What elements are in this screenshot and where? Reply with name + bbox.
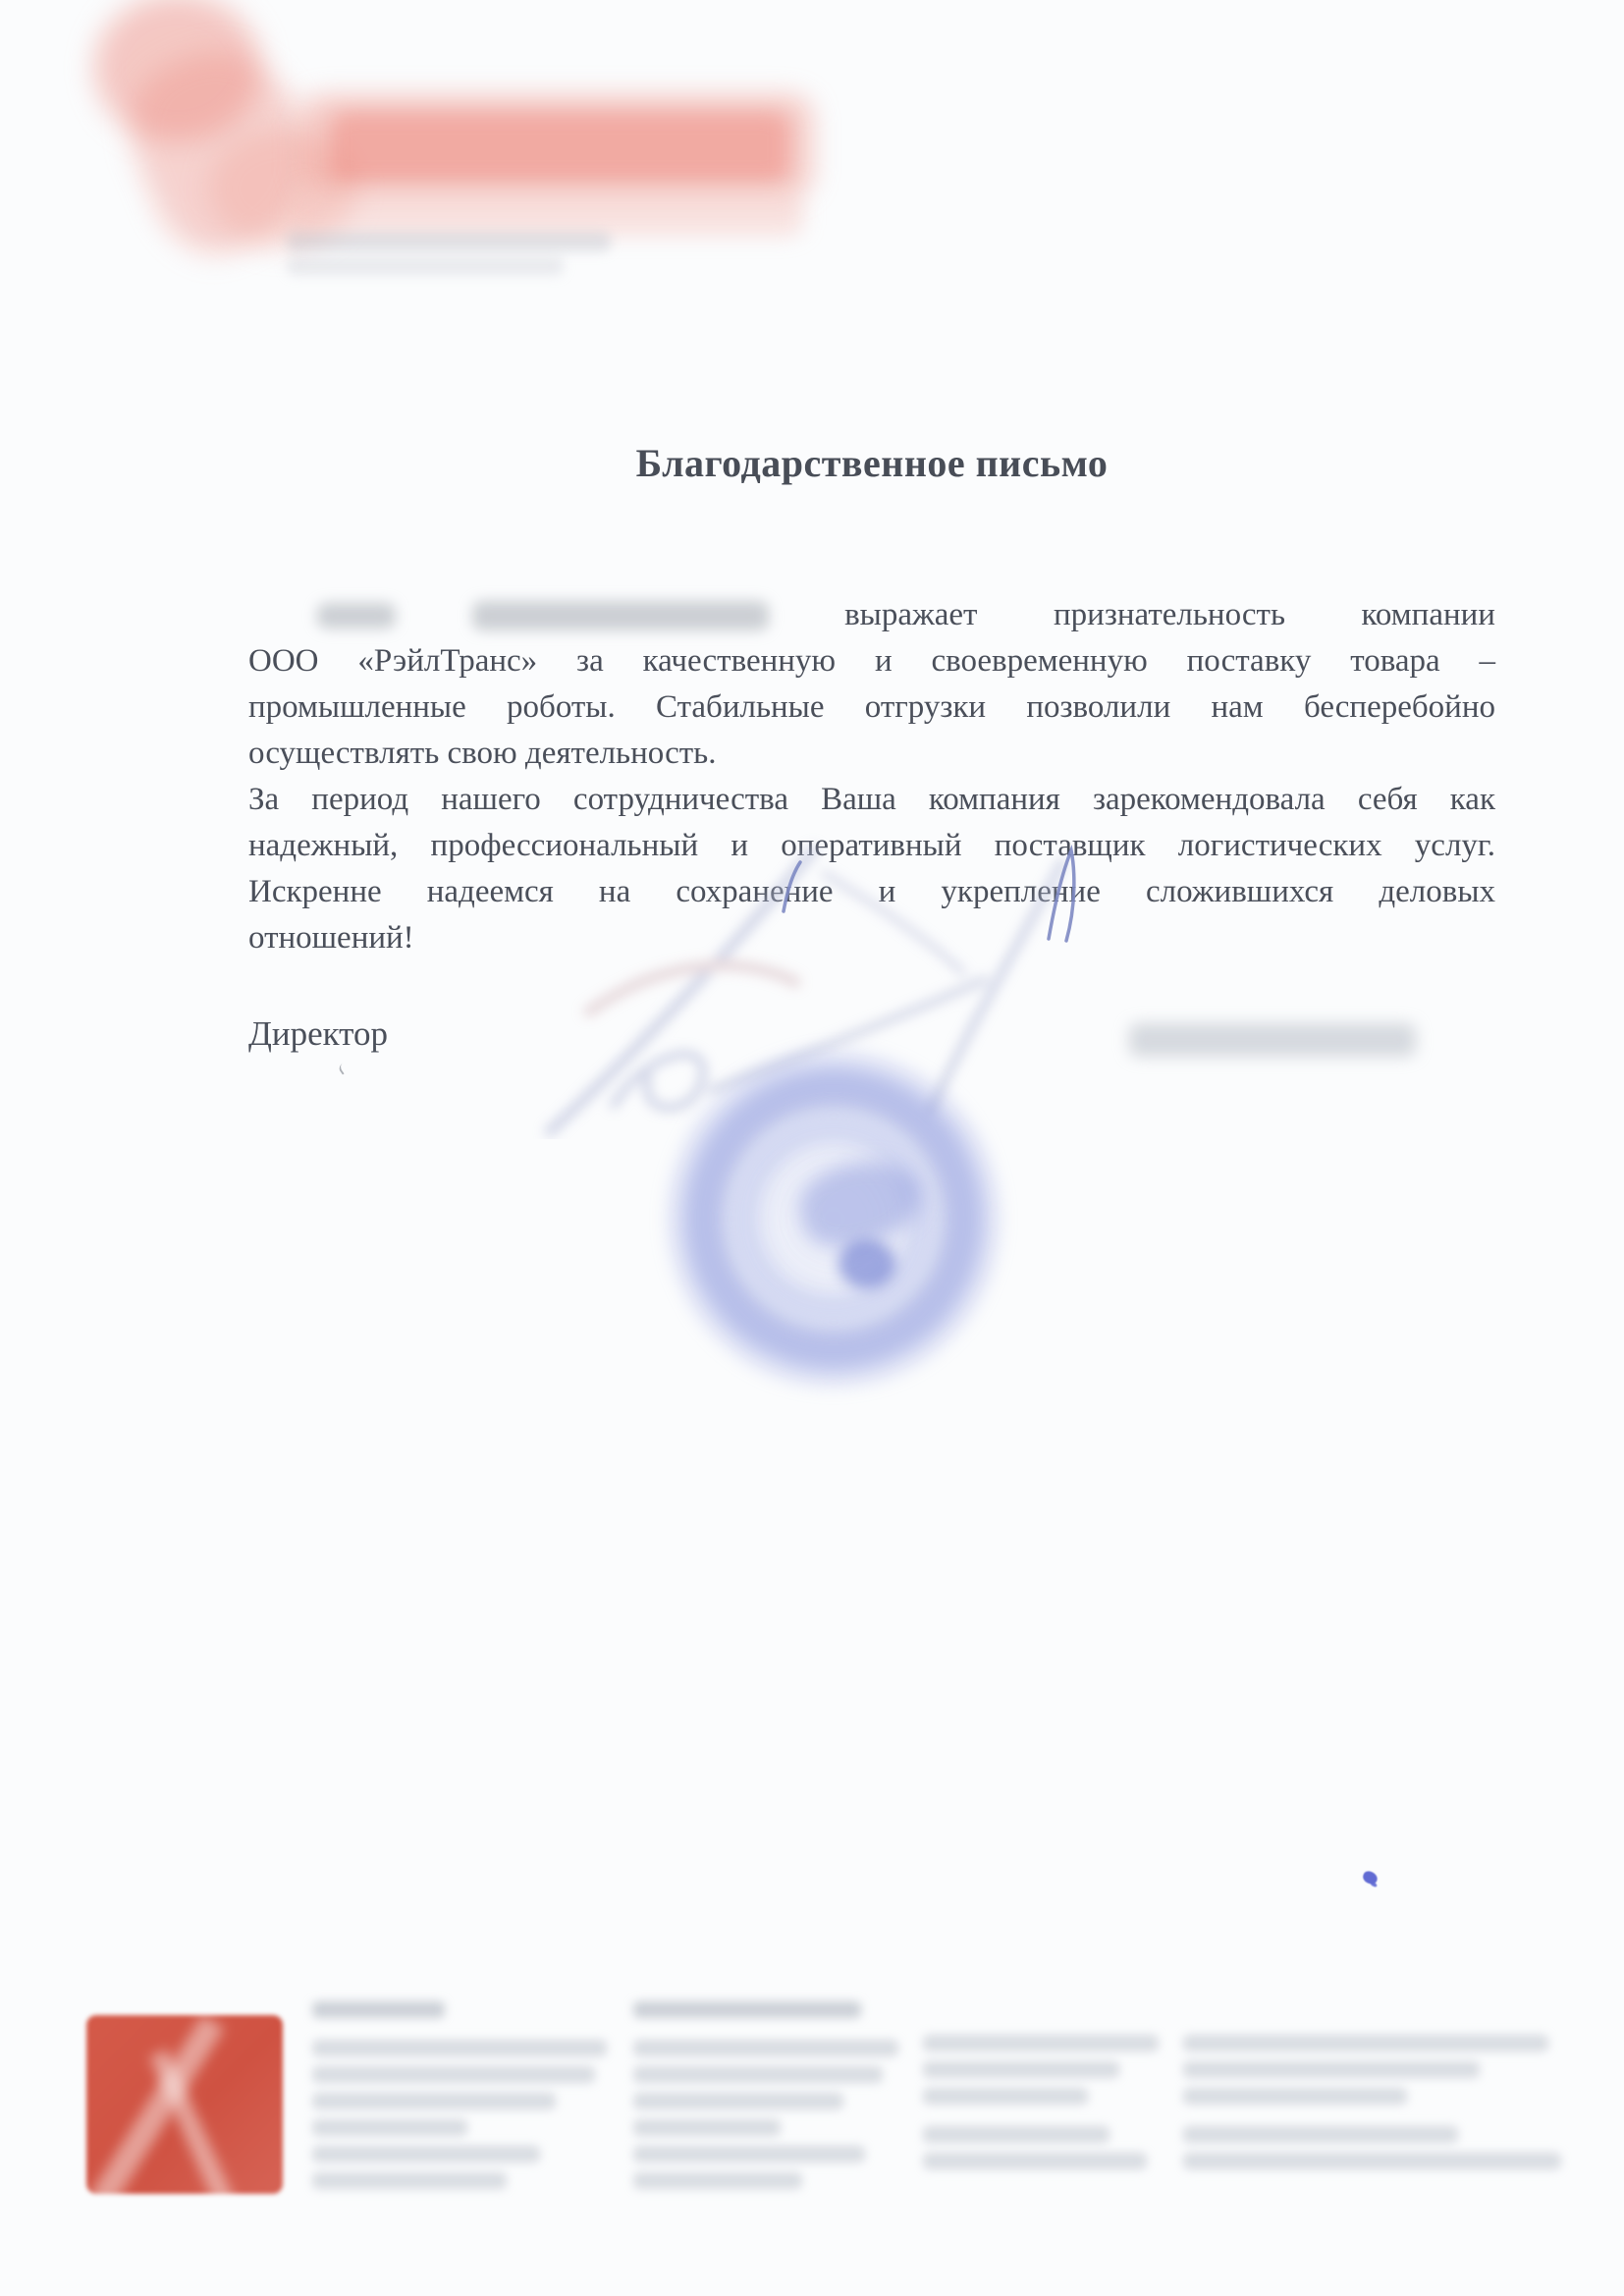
redacted-footer-column-3 bbox=[923, 2035, 1159, 2179]
paragraph1-line3: промышленные роботы. Стабильные отгрузки… bbox=[248, 684, 1495, 731]
redacted-text-line bbox=[633, 2146, 865, 2162]
redacted-text-line bbox=[633, 2119, 781, 2136]
director-label: Директор bbox=[248, 1014, 388, 1054]
body-word: компании bbox=[1362, 592, 1495, 638]
redacted-footer-column-4 bbox=[1183, 2035, 1561, 2179]
redacted-logo-tagline bbox=[287, 257, 564, 275]
paragraph1-line2: ООО «РэйлТранс» за качественную и своевр… bbox=[248, 638, 1495, 684]
redacted-logo-text bbox=[330, 112, 789, 183]
redacted-footer-column-2 bbox=[633, 2001, 898, 2199]
body-word: выражает bbox=[844, 592, 977, 638]
redacted-text-line bbox=[633, 2040, 898, 2056]
redacted-footer-column-1 bbox=[312, 2001, 607, 2199]
redacted-text-line bbox=[312, 2119, 467, 2136]
redacted-text-line bbox=[1183, 2126, 1458, 2143]
company-stamp bbox=[654, 1037, 1013, 1400]
redacted-text-line bbox=[312, 2001, 445, 2018]
ink-speck bbox=[1361, 1870, 1379, 1886]
redacted-logo-tagline bbox=[287, 232, 611, 251]
redacted-text-line bbox=[1183, 2153, 1561, 2169]
pen-tick-mark bbox=[337, 1060, 352, 1074]
redacted-text-line bbox=[312, 2172, 507, 2189]
redacted-text-line bbox=[633, 2066, 883, 2083]
redacted-logo-subtext bbox=[293, 191, 803, 236]
redacted-text-line bbox=[923, 2088, 1088, 2105]
redacted-text-line bbox=[923, 2061, 1119, 2078]
redacted-footer-logo bbox=[86, 2015, 283, 2194]
redacted-text-line bbox=[312, 2066, 595, 2083]
redacted-text-line bbox=[312, 2093, 556, 2109]
redacted-text-line bbox=[923, 2126, 1110, 2143]
scanned-letter-page: Благодарственное письмо выражает признат… bbox=[0, 0, 1624, 2296]
redacted-text-line bbox=[312, 2146, 540, 2162]
redacted-text-line bbox=[1183, 2061, 1480, 2078]
stamp-emblem-dot bbox=[839, 1239, 895, 1288]
redacted-text-line bbox=[923, 2035, 1159, 2051]
letter-title: Благодарственное письмо bbox=[248, 438, 1495, 489]
redacted-company-prefix bbox=[317, 603, 396, 629]
redacted-text-line bbox=[633, 2172, 802, 2189]
redacted-text-line bbox=[312, 2040, 607, 2056]
redacted-text-line bbox=[1183, 2035, 1548, 2051]
redacted-text-line bbox=[923, 2153, 1147, 2169]
redacted-company-name bbox=[472, 601, 769, 630]
paragraph1-line1: выражает признательность компании bbox=[248, 592, 1495, 638]
paragraph1-line4: осуществлять свою деятельность. bbox=[248, 731, 1495, 777]
redacted-text-line bbox=[633, 2001, 861, 2018]
redacted-text-line bbox=[1183, 2088, 1407, 2105]
body-word: признательность bbox=[1054, 592, 1285, 638]
redacted-text-line bbox=[633, 2093, 843, 2109]
